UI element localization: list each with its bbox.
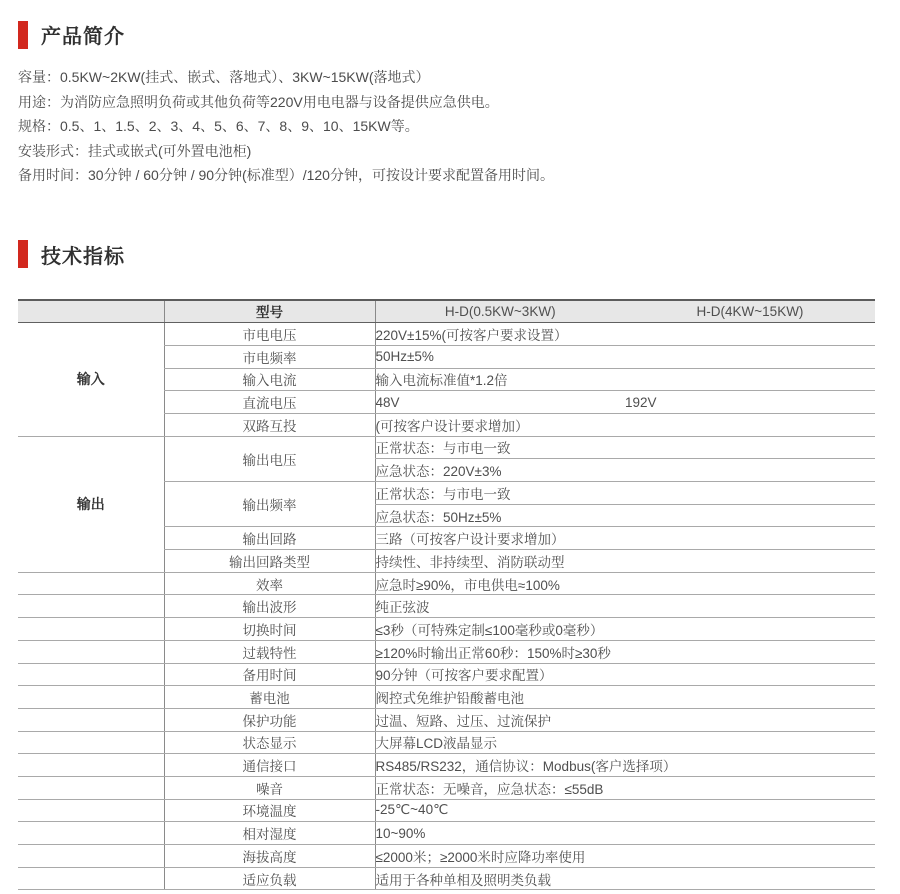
param-cell: 海拔高度 bbox=[164, 845, 375, 868]
group-cell-empty bbox=[18, 799, 164, 822]
value-cell: 输入电流标准值*1.2倍 bbox=[375, 368, 875, 391]
param-cell: 相对湿度 bbox=[164, 822, 375, 845]
table-row: 保护功能 过温、短路、过压、过流保护 bbox=[18, 708, 875, 731]
header-model-cell: 型号 bbox=[164, 300, 375, 323]
param-cell: 适应负载 bbox=[164, 867, 375, 890]
product-spec-page: 产品简介 容量：0.5KW~2KW(挂式、嵌式、落地式）、3KW~15KW(落地… bbox=[0, 0, 900, 894]
intro-line-mount: 安装形式：挂式或嵌式(可外置电池柜) bbox=[18, 139, 900, 164]
intro-line-capacity: 容量：0.5KW~2KW(挂式、嵌式、落地式）、3KW~15KW(落地式） bbox=[18, 65, 900, 90]
param-cell: 过载特性 bbox=[164, 640, 375, 663]
value-cell: 应急时≥90%，市电供电≈100% bbox=[375, 572, 875, 595]
param-cell: 市电电压 bbox=[164, 323, 375, 346]
header-model-a-cell: H-D(0.5KW~3KW) bbox=[375, 300, 625, 323]
value-cell: 50Hz±5% bbox=[375, 345, 875, 368]
table-row: 相对湿度 10~90% bbox=[18, 822, 875, 845]
value-cell: ≤3秒（可特殊定制≤100毫秒或0毫秒） bbox=[375, 618, 875, 641]
param-cell: 输出频率 bbox=[164, 482, 375, 527]
group-cell-input: 输入 bbox=[18, 323, 164, 436]
specs-title-text: 技术指标 bbox=[41, 240, 125, 269]
param-cell: 保护功能 bbox=[164, 708, 375, 731]
value-cell: 纯正弦波 bbox=[375, 595, 875, 618]
group-cell-empty bbox=[18, 822, 164, 845]
group-cell-empty bbox=[18, 845, 164, 868]
param-cell: 蓄电池 bbox=[164, 686, 375, 709]
red-accent-bar bbox=[18, 240, 28, 268]
param-cell: 输出回路类型 bbox=[164, 550, 375, 573]
value-subrow-cell: 应急状态：50Hz±5% bbox=[375, 504, 875, 527]
param-cell: 双路互投 bbox=[164, 413, 375, 436]
value-subrow-cell: 正常状态：与市电一致 bbox=[375, 482, 875, 505]
value-cell: 10~90% bbox=[375, 822, 875, 845]
table-row: 切换时间 ≤3秒（可特殊定制≤100毫秒或0毫秒） bbox=[18, 618, 875, 641]
group-cell-empty bbox=[18, 618, 164, 641]
section-intro-title: 产品简介 bbox=[18, 0, 900, 49]
value-cell-model-b: 192V bbox=[625, 391, 875, 414]
value-cell: 过温、短路、过压、过流保护 bbox=[375, 708, 875, 731]
param-cell: 环境温度 bbox=[164, 799, 375, 822]
param-cell: 输出波形 bbox=[164, 595, 375, 618]
table-row: 输入 市电电压 220V±15%(可按客户要求设置） bbox=[18, 323, 875, 346]
value-cell: 正常状态：无噪音，应急状态：≤55dB bbox=[375, 776, 875, 799]
table-row: 输出波形 纯正弦波 bbox=[18, 595, 875, 618]
table-row: 蓄电池 阀控式免维护铅酸蓄电池 bbox=[18, 686, 875, 709]
param-cell: 切换时间 bbox=[164, 618, 375, 641]
group-cell-empty bbox=[18, 731, 164, 754]
param-cell: 输出电压 bbox=[164, 436, 375, 481]
value-cell: 220V±15%(可按客户要求设置） bbox=[375, 323, 875, 346]
param-cell: 状态显示 bbox=[164, 731, 375, 754]
table-row: 适应负载 适用于各种单相及照明类负载 bbox=[18, 867, 875, 890]
group-cell-empty bbox=[18, 754, 164, 777]
spec-table: 型号 H-D(0.5KW~3KW) H-D(4KW~15KW) 输入 市电电压 … bbox=[18, 299, 875, 891]
group-cell-empty bbox=[18, 595, 164, 618]
table-header-row: 型号 H-D(0.5KW~3KW) H-D(4KW~15KW) bbox=[18, 300, 875, 323]
param-cell: 输入电流 bbox=[164, 368, 375, 391]
param-cell: 直流电压 bbox=[164, 391, 375, 414]
value-cell: 阀控式免维护铅酸蓄电池 bbox=[375, 686, 875, 709]
value-cell-model-a: 48V bbox=[375, 391, 625, 414]
header-model-b-cell: H-D(4KW~15KW) bbox=[625, 300, 875, 323]
value-subrow-cell: 应急状态：220V±3% bbox=[375, 459, 875, 482]
value-cell: 持续性、非持续型、消防联动型 bbox=[375, 550, 875, 573]
group-cell-empty bbox=[18, 708, 164, 731]
value-cell: RS485/RS232，通信协议：Modbus(客户选择项） bbox=[375, 754, 875, 777]
value-cell: 适用于各种单相及照明类负载 bbox=[375, 867, 875, 890]
table-row: 备用时间 90分钟（可按客户要求配置） bbox=[18, 663, 875, 686]
value-cell: 三路（可按客户设计要求增加） bbox=[375, 527, 875, 550]
intro-text-block: 容量：0.5KW~2KW(挂式、嵌式、落地式）、3KW~15KW(落地式） 用途… bbox=[18, 65, 900, 188]
red-accent-bar bbox=[18, 21, 28, 49]
param-cell: 通信接口 bbox=[164, 754, 375, 777]
section-specs-title: 技术指标 bbox=[18, 240, 900, 269]
param-cell: 噪音 bbox=[164, 776, 375, 799]
param-cell: 备用时间 bbox=[164, 663, 375, 686]
intro-title-text: 产品简介 bbox=[41, 20, 125, 49]
table-row: 过载特性 ≥120%时输出正常60秒：150%时≥30秒 bbox=[18, 640, 875, 663]
param-cell: 市电频率 bbox=[164, 345, 375, 368]
table-row: 状态显示 大屏幕LCD液晶显示 bbox=[18, 731, 875, 754]
value-cell: 90分钟（可按客户要求配置） bbox=[375, 663, 875, 686]
group-cell-empty bbox=[18, 640, 164, 663]
table-row: 环境温度 -25℃~40℃ bbox=[18, 799, 875, 822]
value-cell: 大屏幕LCD液晶显示 bbox=[375, 731, 875, 754]
table-row: 输出 输出电压 正常状态：与市电一致 bbox=[18, 436, 875, 459]
group-cell-output: 输出 bbox=[18, 436, 164, 572]
intro-line-backup: 备用时间：30分钟 / 60分钟 / 90分钟(标准型）/120分钟，可按设计要… bbox=[18, 163, 900, 188]
group-cell-empty bbox=[18, 572, 164, 595]
group-cell-empty bbox=[18, 686, 164, 709]
value-cell: (可按客户设计要求增加） bbox=[375, 413, 875, 436]
intro-line-usage: 用途：为消防应急照明负荷或其他负荷等220V用电电器与设备提供应急供电。 bbox=[18, 90, 900, 115]
table-row: 效率 应急时≥90%，市电供电≈100% bbox=[18, 572, 875, 595]
value-subrow-cell: 正常状态：与市电一致 bbox=[375, 436, 875, 459]
value-cell: ≤2000米；≥2000米时应降功率使用 bbox=[375, 845, 875, 868]
group-cell-empty bbox=[18, 776, 164, 799]
param-cell: 效率 bbox=[164, 572, 375, 595]
group-cell-empty bbox=[18, 867, 164, 890]
table-row: 噪音 正常状态：无噪音，应急状态：≤55dB bbox=[18, 776, 875, 799]
header-empty-cell bbox=[18, 300, 164, 323]
param-cell: 输出回路 bbox=[164, 527, 375, 550]
table-row: 通信接口 RS485/RS232，通信协议：Modbus(客户选择项） bbox=[18, 754, 875, 777]
intro-line-spec: 规格：0.5、1、1.5、2、3、4、5、6、7、8、9、10、15KW等。 bbox=[18, 114, 900, 139]
value-cell: -25℃~40℃ bbox=[375, 799, 875, 822]
value-cell: ≥120%时输出正常60秒：150%时≥30秒 bbox=[375, 640, 875, 663]
table-row: 海拔高度 ≤2000米；≥2000米时应降功率使用 bbox=[18, 845, 875, 868]
group-cell-empty bbox=[18, 663, 164, 686]
